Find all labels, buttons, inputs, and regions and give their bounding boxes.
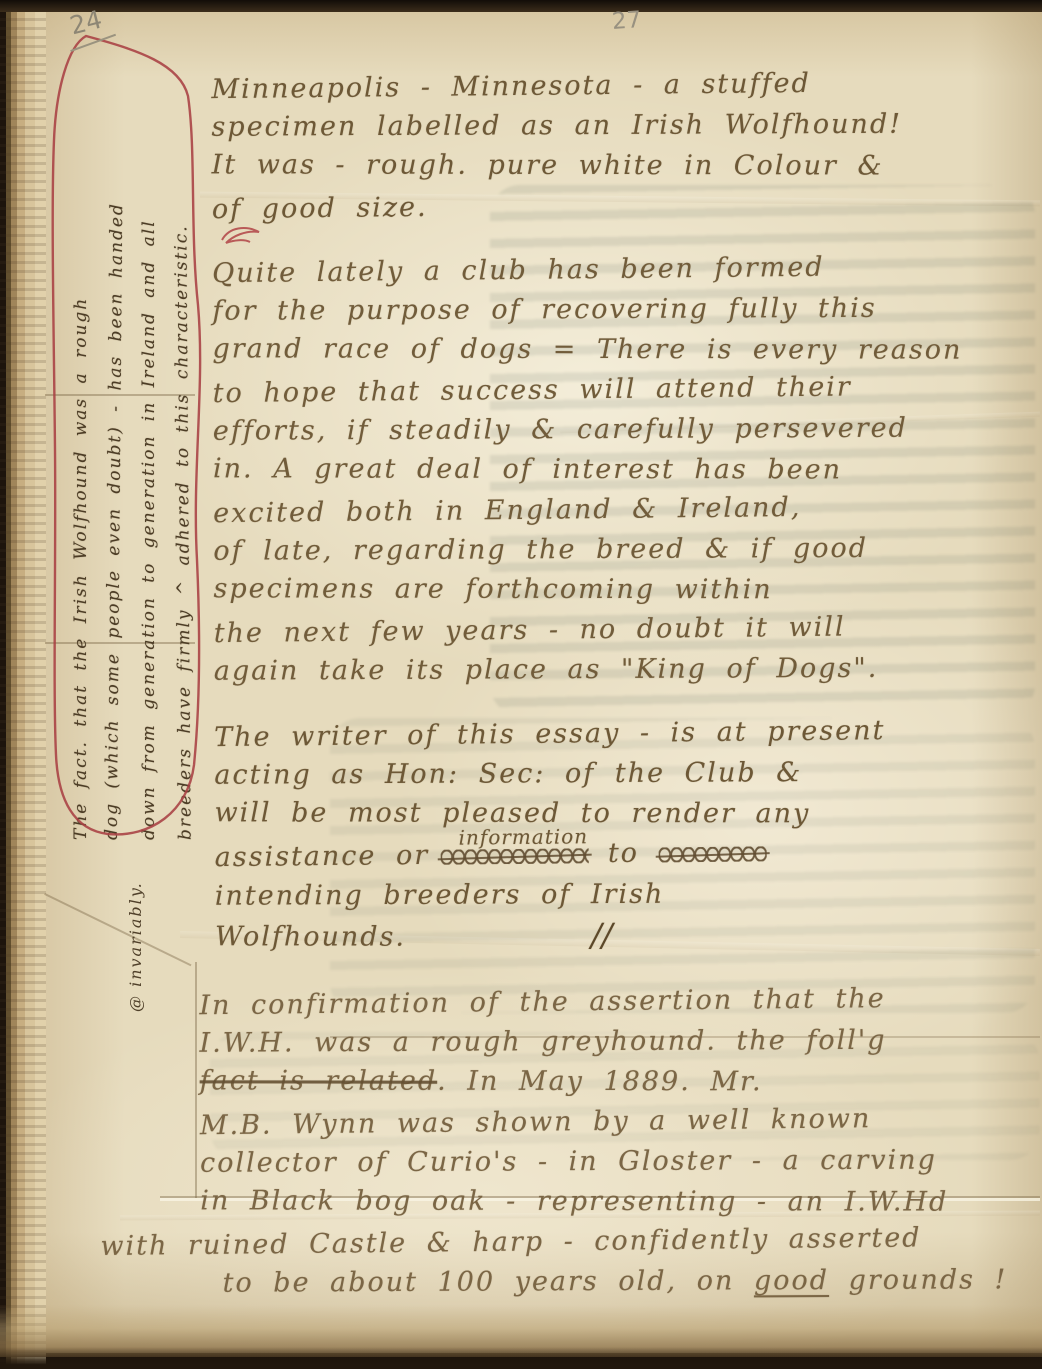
margin-note-line: dog (which some people even doubt) - has…	[95, 84, 136, 840]
margin-note-insertion: @ invariably.	[126, 881, 145, 1012]
margin-note: The fact. that the Irish Wolfhound was a…	[64, 84, 200, 840]
scanned-manuscript-page: 24 27 The fact. that the Irish Wolfhound…	[0, 0, 1042, 1369]
handwritten-line: will be most pleased to render any	[214, 793, 1005, 834]
text-segment: Quite lately a club has been formed	[212, 252, 825, 289]
slip-seam	[195, 962, 197, 1198]
handwritten-line: specimen labelled as an Irish Wolfhound!	[211, 104, 1002, 147]
scribbled-out-word	[659, 846, 767, 862]
text-segment: for the purpose of recovering fully this	[212, 293, 877, 327]
handwritten-line: the next few years - no doubt it will	[214, 606, 1005, 654]
text-segment: excited both in England & Ireland,	[213, 492, 801, 529]
handwritten-line: In confirmation of the assertion that th…	[199, 978, 1006, 1026]
text-segment: The writer of this essay - is at present	[214, 715, 886, 753]
margin-note-line: breeders have firmly ^ adhered to this c…	[163, 84, 202, 840]
handwritten-line: to hope that success will attend their	[212, 366, 1003, 414]
manuscript-text: Minneapolis - Minnesota - a stuffedspeci…	[211, 64, 1007, 1327]
paragraph: Minneapolis - Minnesota - a stuffedspeci…	[211, 64, 1003, 227]
pencil-page-number-top: 27	[611, 7, 642, 35]
text-segment: It was - rough. pure white in Colour &	[212, 149, 884, 181]
text-segment: to be about 100 years old, on	[222, 1265, 753, 1298]
handwritten-line: with ruined Castle & harp - confidently …	[100, 1218, 1007, 1267]
handwritten-line: acting as Hon: Sec: of the Club &	[214, 752, 1005, 795]
text-segment: of good size.	[212, 192, 428, 225]
handwritten-line: for the purpose of recovering fully this	[212, 288, 1003, 331]
text-segment: specimens are forthcoming within	[214, 573, 773, 605]
text-segment: efforts, if steadily & carefully perseve…	[213, 413, 908, 447]
book-bottom-shadow	[0, 1347, 1042, 1369]
handwritten-line: I.W.H. was a rough greyhound. the foll'g	[199, 1020, 1006, 1064]
paragraph: Quite lately a club has been formedfor t…	[212, 248, 1005, 691]
handwritten-line: to be about 100 years old, on good groun…	[222, 1260, 1007, 1303]
text-segment: collector of Curio's - in Gloster - a ca…	[200, 1145, 937, 1179]
text-segment: In confirmation of the assertion that th…	[199, 983, 886, 1021]
text-segment: acting as Hon: Sec: of the Club &	[214, 757, 802, 791]
text-segment: Wolfhounds.	[215, 921, 406, 952]
book-top-edge	[0, 0, 1042, 12]
text-segment: intending breeders of Irish	[215, 879, 665, 912]
scribbled-out-word	[440, 848, 588, 865]
text-segment: specimen labelled as an Irish Wolfhound!	[211, 109, 902, 143]
text-segment: in. A great deal of interest has been	[213, 453, 842, 485]
handwritten-line: grand race of dogs = There is every reas…	[212, 329, 1003, 370]
handwritten-line: Minneapolis - Minnesota - a stuffed	[211, 62, 1002, 110]
handwritten-line: It was - rough. pure white in Colour &	[212, 145, 1003, 186]
paragraph: In confirmation of the assertion that th…	[199, 980, 1007, 1304]
text-segment: M.B. Wynn was shown by a well known	[200, 1103, 872, 1141]
text-segment: to hope that success will attend their	[213, 371, 852, 409]
margin-note-line: The fact. that the Irish Wolfhound was a…	[64, 84, 98, 840]
handwritten-line: Wolfhounds.//	[215, 914, 1006, 958]
text-segment: to	[588, 837, 659, 869]
handwritten-line: of good size.	[212, 182, 1003, 230]
text-segment: assistance or	[215, 840, 449, 873]
handwritten-line: specimens are forthcoming within	[214, 569, 1005, 610]
text-segment: the next few years - no doubt it will	[214, 612, 846, 650]
handwritten-line: of late, regarding the breed & if good	[213, 528, 1004, 571]
paragraph: The writer of this essay - is at present…	[214, 712, 1006, 959]
handwritten-line: The writer of this essay - is at present	[214, 710, 1005, 758]
handwritten-line: collector of Curio's - in Gloster - a ca…	[200, 1140, 1007, 1184]
section-break-mark: //	[591, 916, 613, 954]
text-segment: grand race of dogs = There is every reas…	[212, 333, 962, 365]
handwritten-line: excited both in England & Ireland,	[213, 486, 1004, 534]
text-segment: grounds !	[829, 1264, 1008, 1296]
handwritten-line: efforts, if steadily & carefully perseve…	[213, 408, 1004, 451]
text-segment: good	[754, 1265, 829, 1296]
text-segment: fact is related	[200, 1065, 438, 1096]
text-segment: in Black bog oak - representing - an I.W…	[200, 1185, 948, 1217]
book-spine-edge	[0, 0, 46, 1369]
handwritten-line: in Black bog oak - representing - an I.W…	[200, 1181, 1007, 1222]
text-segment: again take its place as "King of Dogs".	[214, 653, 879, 687]
handwritten-line: in. A great deal of interest has been	[213, 449, 1004, 490]
text-segment: I.W.H. was a rough greyhound. the foll'g	[199, 1025, 886, 1059]
handwritten-line: fact is related. In May 1889. Mr.	[200, 1061, 1007, 1102]
text-segment: Minneapolis - Minnesota - a stuffed	[211, 68, 811, 105]
handwritten-line: intending breeders of Irish	[215, 873, 1006, 916]
text-segment: . In May 1889. Mr.	[437, 1066, 762, 1098]
text-segment: of late, regarding the breed & if good	[213, 533, 868, 567]
margin-note-line: down from generation to generation in Ir…	[132, 84, 166, 840]
handwritten-line: assistance or information to	[214, 830, 1005, 879]
handwritten-line: M.B. Wynn was shown by a well known	[200, 1098, 1007, 1146]
text-segment: with ruined Castle & harp - confidently …	[100, 1222, 921, 1262]
handwritten-line: Quite lately a club has been formed	[212, 246, 1003, 294]
handwritten-line: again take its place as "King of Dogs".	[214, 648, 1005, 691]
